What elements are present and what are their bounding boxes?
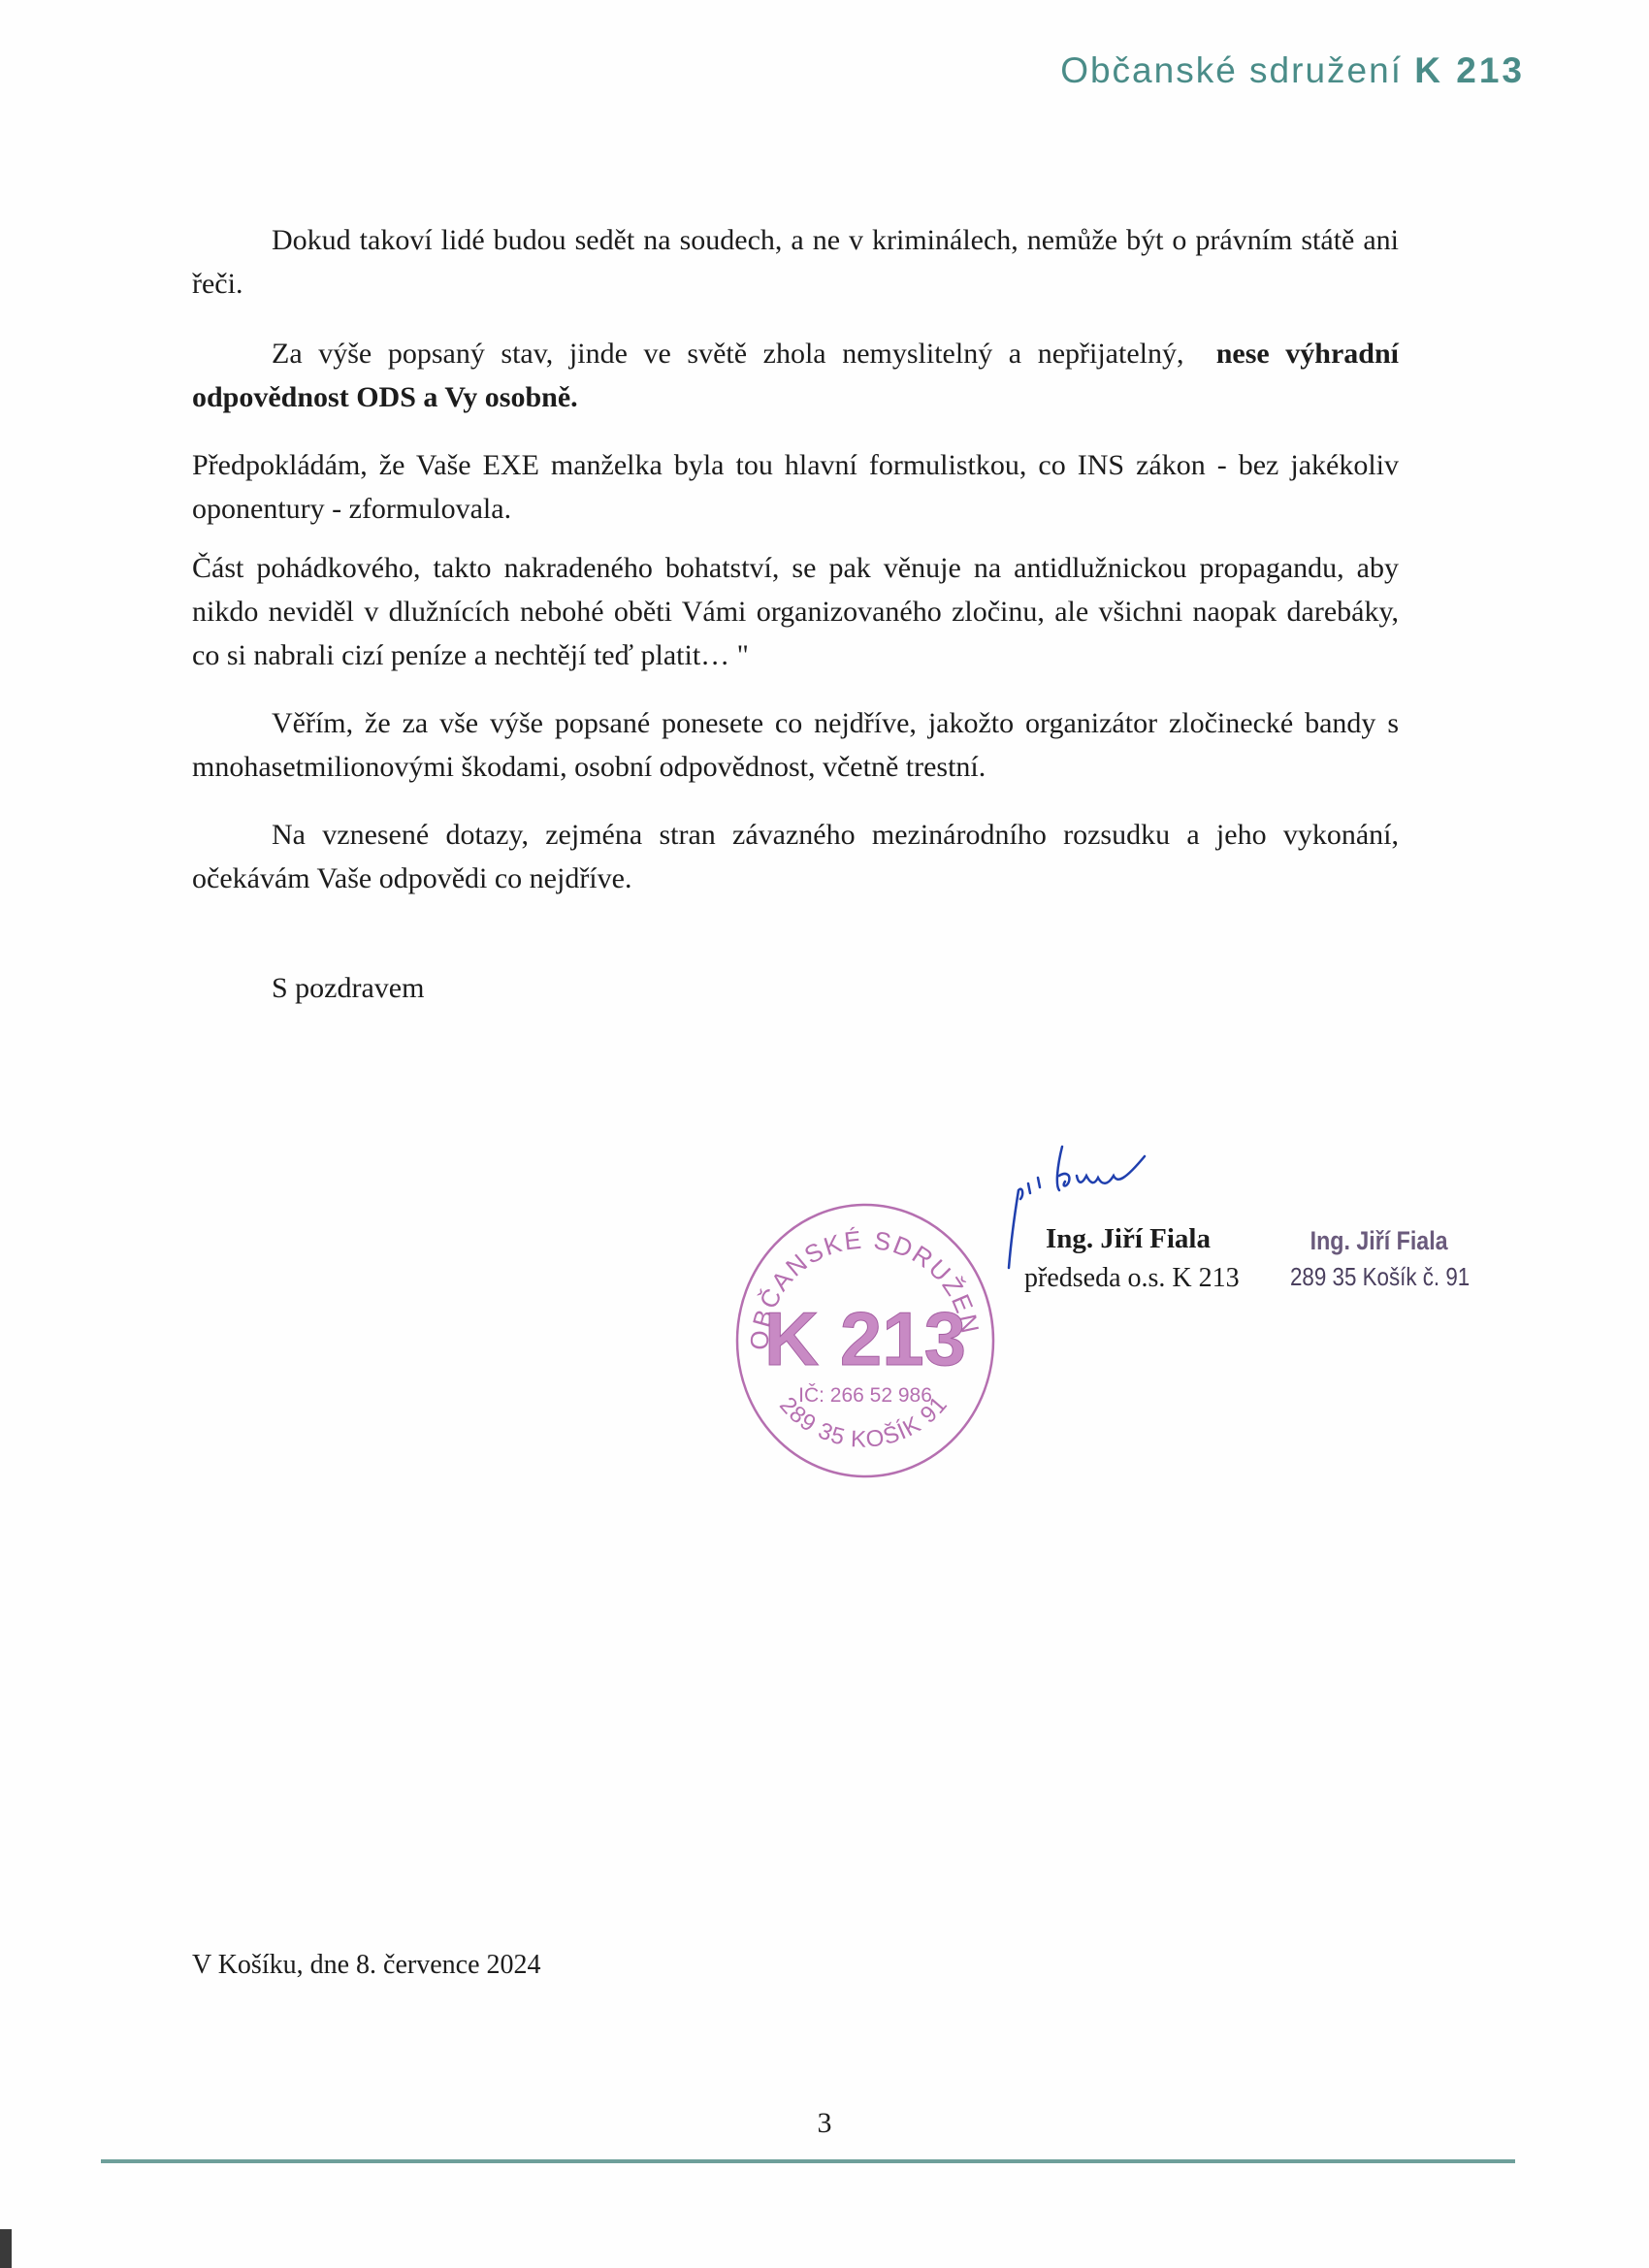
paragraph-3: Předpokládám, že Vaše EXE manželka byla …: [192, 443, 1399, 531]
paragraph-6: Na vznesené dotazy, zejména stran závazn…: [192, 813, 1399, 900]
footer-divider: [101, 2159, 1515, 2163]
stamp-ic: IČ: 266 52 986: [798, 1384, 932, 1407]
place-and-date: V Košíku, dne 8. července 2024: [192, 1950, 541, 1981]
organization-header: Občanské sdružení K 213: [1060, 50, 1525, 91]
scan-edge-mark: [0, 2229, 12, 2268]
address-stamp-name: Ing. Jiří Fiala: [1310, 1226, 1471, 1256]
paragraph-2: Za výše popsaný stav, jinde ve světě zho…: [192, 332, 1399, 419]
round-stamp: OBČANSKÉ SDRUŽENÍ K 213 IČ: 266 52 986 2…: [729, 1195, 1001, 1486]
greeting: S pozdravem: [192, 966, 1399, 1010]
organization-code: K 213: [1414, 50, 1525, 90]
organization-name: Občanské sdružení: [1060, 50, 1403, 90]
address-stamp: Ing. Jiří Fiala 289 35 Košík č. 91: [1290, 1226, 1470, 1292]
paragraph-5: Věřím, že za vše výše popsané ponesete c…: [192, 701, 1399, 789]
paragraph-4: Část pohádkového, takto nakradeného boha…: [192, 546, 1399, 677]
signatory-name: Ing. Jiří Fiala: [1046, 1223, 1211, 1255]
stamp-center-code: K 213: [764, 1296, 966, 1381]
paragraph-2-text: Za výše popsaný stav, jinde ve světě zho…: [272, 338, 1184, 370]
page-number: 3: [0, 2107, 1649, 2140]
address-stamp-address: 289 35 Košík č. 91: [1290, 1262, 1470, 1292]
letter-page: Občanské sdružení K 213 Dokud takoví lid…: [0, 0, 1649, 2268]
paragraph-1: Dokud takoví lidé budou sedět na soudech…: [192, 218, 1399, 306]
signatory-role: předseda o.s. K 213: [1024, 1263, 1240, 1294]
